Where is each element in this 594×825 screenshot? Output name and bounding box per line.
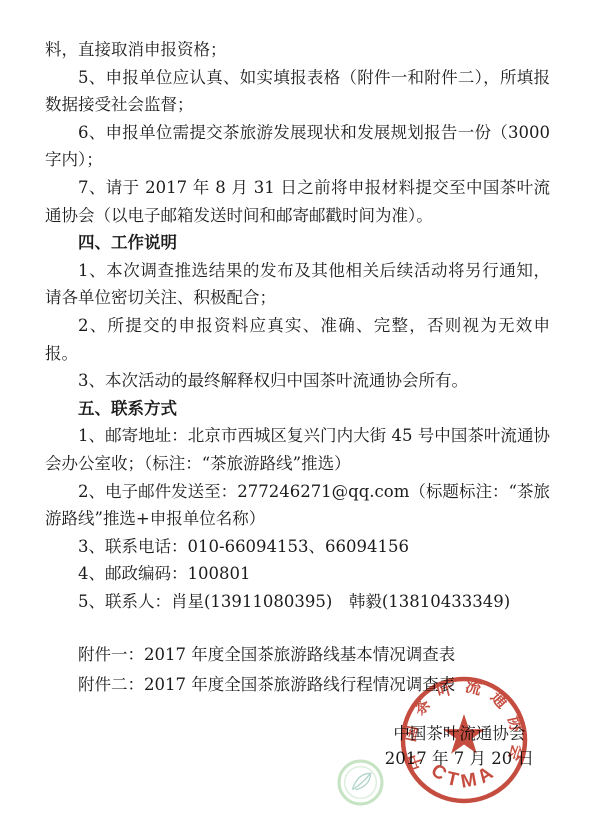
body-paragraph: 5、申报单位应认真、如实填报表格（附件一和附件二），所填报数据接受社会监督；	[45, 64, 550, 119]
body-paragraph: 3、本次活动的最终解释权归中国茶叶流通协会所有。	[45, 367, 550, 395]
body-paragraph: 5、联系人：肖星(13911080395) 韩毅(13810433349)	[45, 588, 550, 616]
watermark-outer-ring	[339, 761, 382, 804]
document-page: 料，直接取消申报资格；5、申报单位应认真、如实填报表格（附件一和附件二），所填报…	[0, 0, 594, 825]
body-paragraph: 2、电子邮件发送至：277246271@qq.com（标题标注：“茶旅游路线”推…	[45, 478, 550, 533]
leaf-watermark-icon	[337, 759, 384, 806]
seal-bottom-text: CTMA	[427, 760, 501, 793]
body-paragraph: 7、请于 2017 年 8 月 31 日之前将申报材料提交至中国茶叶流通协会（以…	[45, 174, 550, 229]
svg-text:CTMA: CTMA	[427, 760, 501, 793]
body-paragraph: 料，直接取消申报资格；	[45, 36, 550, 64]
watermark-inner-ring	[345, 767, 377, 799]
body-paragraph: 1、邮寄地址：北京市西城区复兴门内大街 45 号中国茶叶流通协会办公室收；（标注…	[45, 422, 550, 477]
section-heading: 四、工作说明	[45, 229, 550, 257]
official-seal: 中国茶叶流通协会 CTMA	[400, 676, 528, 804]
watermark-leaf-icon	[352, 773, 370, 789]
body-paragraph: 1、本次调查推选结果的发布及其他相关后续活动将另行通知，请各单位密切关注、积极配…	[45, 257, 550, 312]
body-paragraph: 3、联系电话：010-66094153、66094156	[45, 533, 550, 561]
section-heading: 五、联系方式	[45, 395, 550, 423]
body-paragraph: 2、所提交的申报资料应真实、准确、完整，否则视为无效申报。	[45, 312, 550, 367]
seal-star-icon	[443, 714, 485, 754]
body-paragraph: 4、邮政编码：100801	[45, 560, 550, 588]
attachment-line: 附件一：2017 年度全国茶旅游路线基本情况调查表	[45, 640, 550, 670]
document-body: 料，直接取消申报资格；5、申报单位应认真、如实填报表格（附件一和附件二），所填报…	[45, 36, 550, 615]
body-paragraph: 6、申报单位需提交茶旅游发展现状和发展规划报告一份（3000 字内）；	[45, 119, 550, 174]
